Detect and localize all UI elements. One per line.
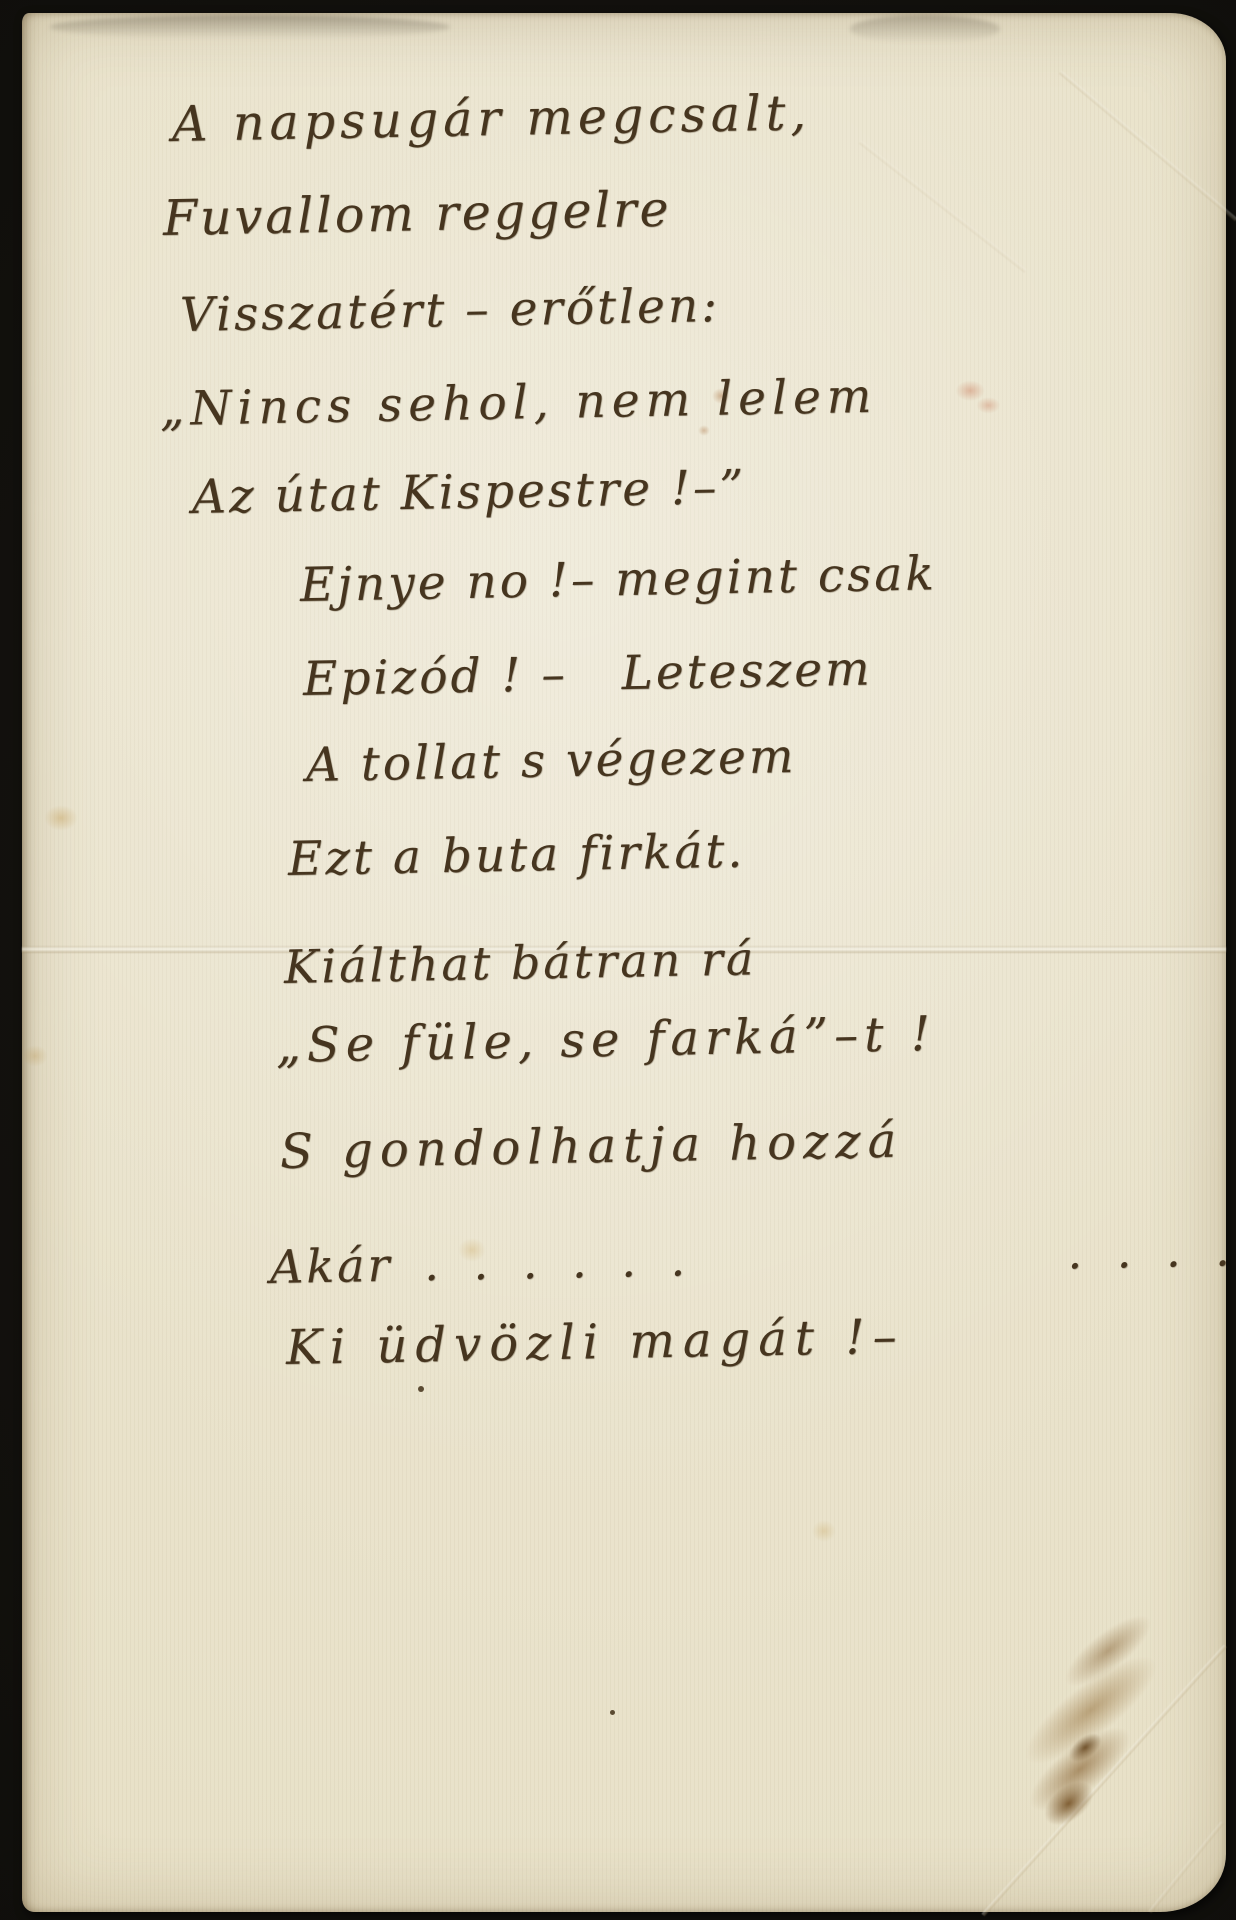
poem-line: A tollat s végezem [305,729,796,793]
poem-line: A napsugár megcsalt, [171,84,811,153]
poem-line: Az útat Kispestre !–” [191,460,746,525]
poem-line: Epizód ! – Leteszem [302,642,873,707]
poem-line: Kiálthat bátran rá [284,931,757,994]
foxing-spot [44,805,78,831]
poem-line: Visszatért – erőtlen: [179,278,720,343]
top-edge-shadow-right [850,15,1000,43]
top-edge-shadow-left [50,15,450,39]
letter-photo: A napsugár megcsalt, Fuvallom reggelre V… [0,0,1236,1920]
poem-line: Ezt a buta firkát. [287,824,745,887]
poem-line: Ejnye no !– megint csak [299,546,937,613]
poem-line: S gondolhatja hozzá [279,1113,903,1180]
red-mark [952,376,1004,418]
ink-speck [610,1710,615,1715]
poem-line: Fuvallom reggelre [162,181,672,247]
foxing-spot [22,1045,48,1067]
foxing-spot [812,1520,836,1542]
poem-line: Ki üdvözli magát !– [285,1309,905,1376]
ink-speck [418,1386,424,1392]
